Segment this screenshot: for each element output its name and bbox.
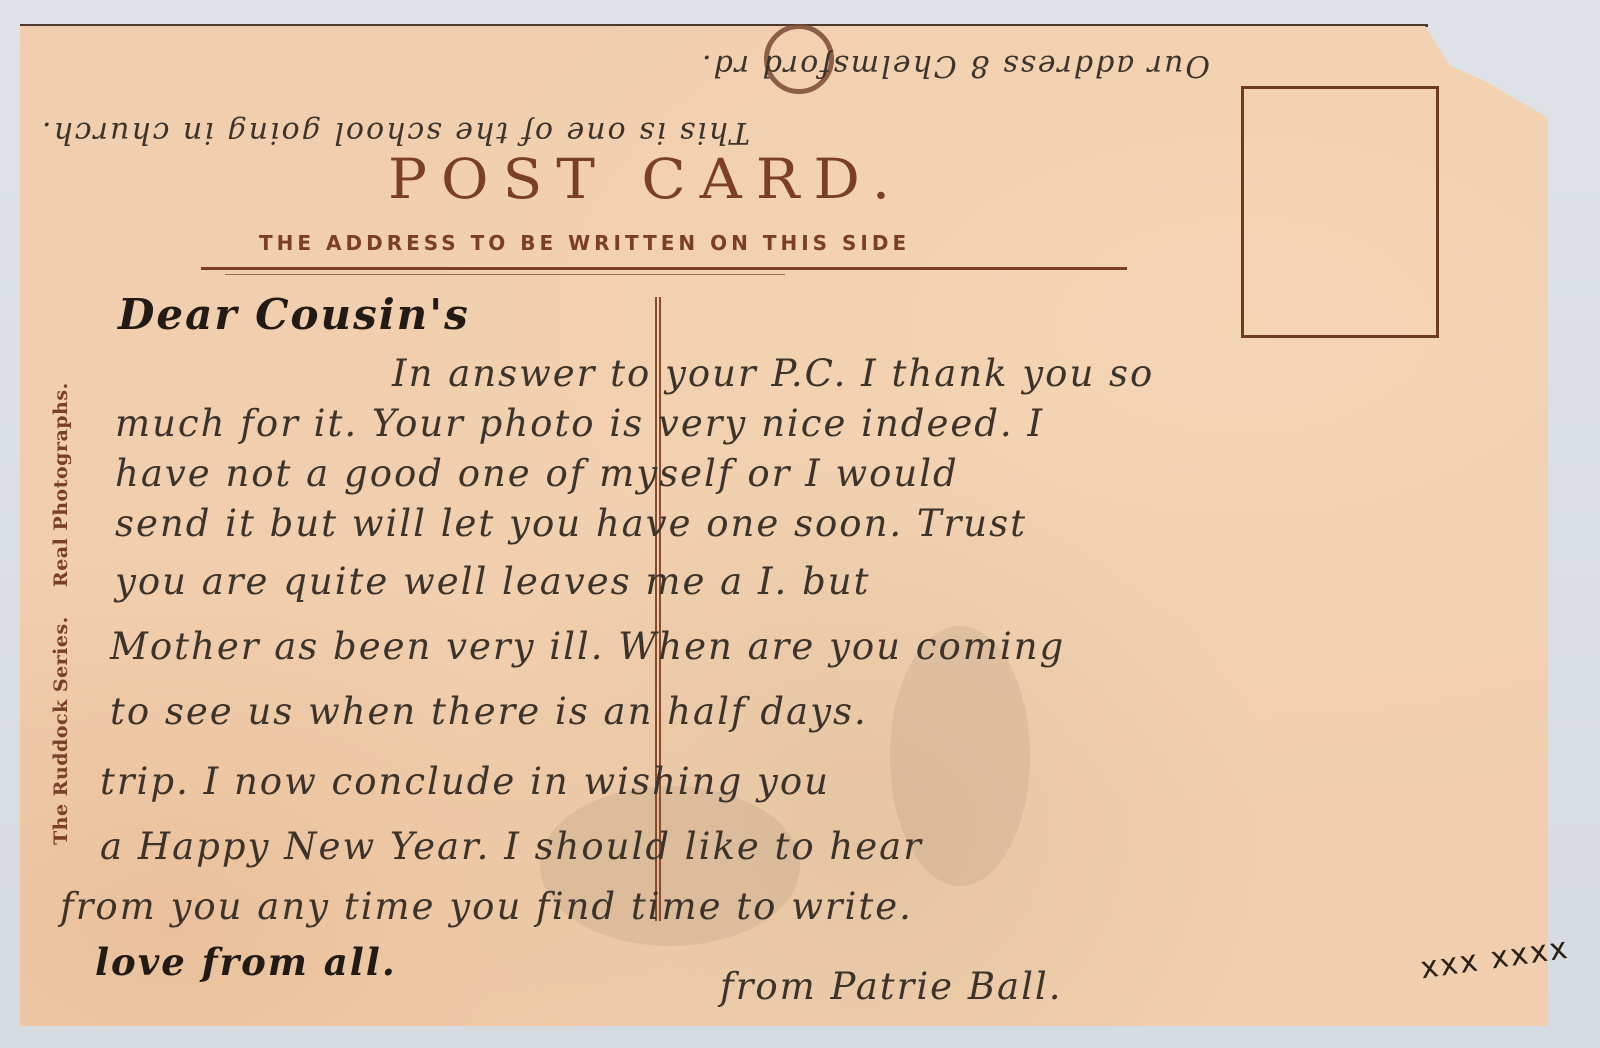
message-line: from you any time you find time to write…	[60, 885, 913, 928]
series-tagline: Real Photographs.	[50, 382, 72, 587]
message-closing: love from all.	[95, 940, 397, 984]
upside-down-note-address: Our address 8 Chelmsford rd.	[700, 48, 1210, 83]
header-rule	[201, 267, 1127, 270]
message-line: to see us when there is an half days.	[110, 690, 868, 733]
message-line: have not a good one of myself or I would	[115, 452, 959, 495]
message-line: Mother as been very ill. When are you co…	[110, 625, 1065, 668]
publisher-imprint: The Ruddock Series. Real Photographs.	[50, 382, 72, 845]
message-line: send it but will let you have one soon. …	[115, 502, 1027, 545]
address-instruction: THE ADDRESS TO BE WRITTEN ON THIS SIDE	[259, 231, 910, 255]
message-line: a Happy New Year. I should like to hear	[100, 825, 923, 868]
post-card-title: POST CARD.	[388, 147, 904, 212]
message-line: In answer to your P.C. I thank you so	[392, 352, 1154, 395]
series-name: The Ruddock Series.	[50, 616, 72, 845]
greeting: Dear Cousin's	[118, 290, 470, 339]
message-line: you are quite well leaves me a I. but	[115, 560, 870, 603]
signature: from Patrie Ball.	[720, 965, 1063, 1008]
header-rule-thin	[225, 274, 785, 275]
stamp-box	[1241, 86, 1439, 338]
upside-down-note-school: This is one of the school going in churc…	[40, 115, 750, 150]
message-line: much for it. Your photo is very nice ind…	[115, 402, 1044, 445]
message-line: trip. I now conclude in wishing you	[100, 760, 830, 803]
